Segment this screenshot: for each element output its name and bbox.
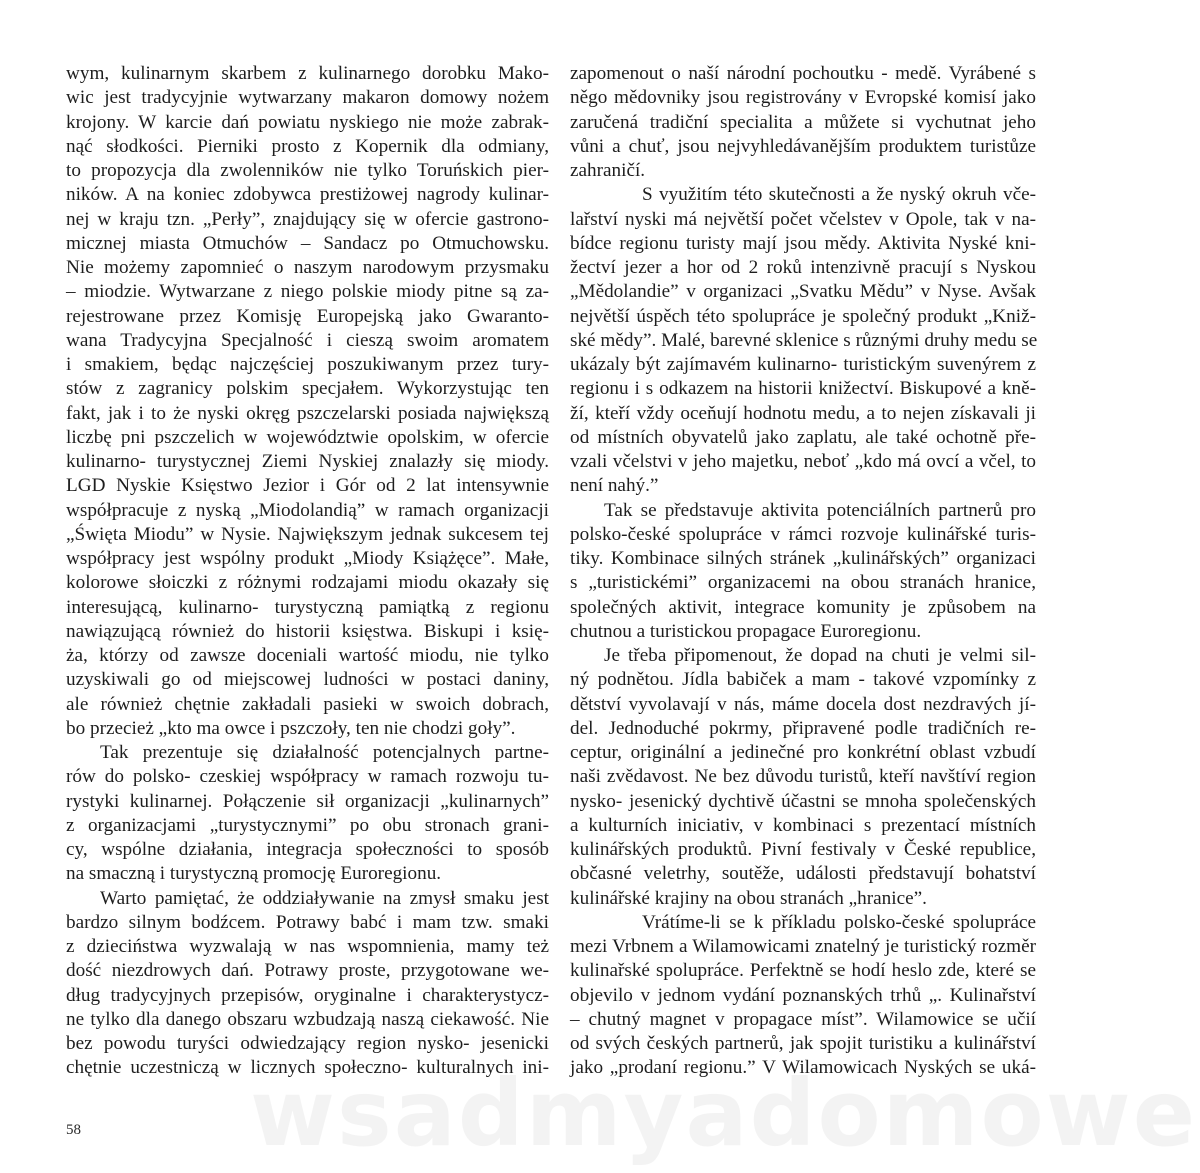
text-line: rów do polsko- czeskiej współpracy w ram… bbox=[66, 765, 549, 789]
text-line: Vrátíme-li se k příkladu polsko-české sp… bbox=[570, 911, 1036, 935]
text-line: společných aktivit, integrace komunity j… bbox=[570, 596, 1036, 620]
text-line: LGD Nyskie Księstwo Jezior i Gór od 2 la… bbox=[66, 474, 549, 498]
text-line: stów z zagranicy polskim specjałem. Wyko… bbox=[66, 377, 549, 401]
text-line: naši zvědavost. Ne bez důvodu turistů, k… bbox=[570, 765, 1036, 789]
text-line: Nie możemy zapomnieć o naszym narodowym … bbox=[66, 256, 549, 280]
text-line: wana Tradycyjna Specjalność i cieszą swo… bbox=[66, 329, 549, 353]
text-line: „Mědolandie” v organizaci „Svatku Mědu” … bbox=[570, 280, 1036, 304]
text-line: z organizacjami „turystycznymi” po obu s… bbox=[66, 814, 549, 838]
text-line: kulinářské krajiny na obou stranách „hra… bbox=[570, 887, 1036, 911]
text-line: největší úspěch této spolupráce je spole… bbox=[570, 305, 1036, 329]
text-line: zahraničí. bbox=[570, 159, 1036, 183]
text-line: dług tradycyjnych przepisów, oryginalne … bbox=[66, 984, 549, 1008]
text-line: ża, którzy od zawsze doceniali wartość m… bbox=[66, 644, 549, 668]
text-line: zaručená tradiční specialita a můžete si… bbox=[570, 111, 1036, 135]
text-line: Warto pamiętać, że oddziaływanie na zmys… bbox=[66, 887, 549, 911]
left-column-polish-text: wym, kulinarnym skarbem z kulinarnego do… bbox=[66, 62, 549, 1081]
text-line: ników. A na koniec zdobywca prestiżowej … bbox=[66, 183, 549, 207]
text-line: regionu i s odkazem na historii knižectv… bbox=[570, 377, 1036, 401]
text-line: i smakiem, będąc najczęściej poszukiwany… bbox=[66, 353, 549, 377]
text-line: od svých českých partnerů, jak spojit tu… bbox=[570, 1032, 1036, 1056]
text-line: bez powodu turyści odwiedzający region n… bbox=[66, 1032, 549, 1056]
text-line: nawiązującą również do historii księstwa… bbox=[66, 620, 549, 644]
text-line: nąć słodkości. Pierniki prosto z Koperni… bbox=[66, 135, 549, 159]
text-line: to propozycja dla zwolenników nie tylko … bbox=[66, 159, 549, 183]
text-line: nej w kraju tzn. „Perły”, znajdujący się… bbox=[66, 208, 549, 232]
text-line: rejestrowane przez Komisję Europejską ja… bbox=[66, 305, 549, 329]
text-line: współpracuje z nyską „Miodolandią” w ram… bbox=[66, 499, 549, 523]
text-line: rystyki kulinarnej. Połączenie sił organ… bbox=[66, 790, 549, 814]
text-line: na smaczną i turystyczną promocję Eurore… bbox=[66, 862, 549, 886]
text-line: uzyskiwali go od miejscowej ludności w p… bbox=[66, 668, 549, 692]
text-line: wic jest tradycyjnie wytwarzany makaron … bbox=[66, 86, 549, 110]
text-line: bídce regionu turisty mají jsou mědy. Ak… bbox=[570, 232, 1036, 256]
text-line: Tak se představuje aktivita potenciálníc… bbox=[570, 499, 1036, 523]
text-line: – miodzie. Wytwarzane z niego polskie mi… bbox=[66, 280, 549, 304]
text-line: objevilo v jednom vydání poznanských trh… bbox=[570, 984, 1036, 1008]
text-line: kolorowe słoiczki z różnymi rodzajami mi… bbox=[66, 571, 549, 595]
text-line: „Święta Miodu” w Nysie. Największym jedn… bbox=[66, 523, 549, 547]
text-line: – chutný magnet v propagace míst”. Wilam… bbox=[570, 1008, 1036, 1032]
text-line: mezi Vrbnem a Wilamowicami znatelný je t… bbox=[570, 935, 1036, 959]
text-line: bardzo silnym bodźcem. Potrawy babć i ma… bbox=[66, 911, 549, 935]
text-line: del. Jednoduché pokrmy, připravené podle… bbox=[570, 717, 1036, 741]
text-line: fakt, jak i to że nyski okręg pszczelars… bbox=[66, 402, 549, 426]
text-line: dość niezdrowych dań. Potrawy proste, pr… bbox=[66, 959, 549, 983]
text-line: ukázaly být zajímavém kulinarno- turisti… bbox=[570, 353, 1036, 377]
page-number: 58 bbox=[66, 1122, 81, 1139]
right-column-czech-text: zapomenout o naší národní pochoutku - me… bbox=[570, 62, 1036, 1081]
document-page: wsadmyadomowe.pl wym, kulinarnym skarbem… bbox=[0, 0, 1200, 1173]
text-line: není nahý.” bbox=[570, 474, 1036, 498]
text-line: liczbę pni pszczelich w województwie opo… bbox=[66, 426, 549, 450]
text-line: S využitím této skutečnosti a že nyský o… bbox=[570, 183, 1036, 207]
text-line: ží, kteří vždy oceňují hodnotu medu, a t… bbox=[570, 402, 1036, 426]
text-line: ceptur, originální a jedinečné pro konkr… bbox=[570, 741, 1036, 765]
text-line: interesującą, kulinarno- turystyczną pam… bbox=[66, 596, 549, 620]
text-line: něgo mědovniky jsou registrovány v Evrop… bbox=[570, 86, 1036, 110]
text-line: współpracy jest wspólny produkt „Miody K… bbox=[66, 547, 549, 571]
text-line: vůni a chuť, jsou nejvyhledávanějším pro… bbox=[570, 135, 1036, 159]
text-line: krojony. W karcie dań powiatu nyskiego n… bbox=[66, 111, 549, 135]
text-line: polsko-české spolupráce v rámci rozvoje … bbox=[570, 523, 1036, 547]
text-line: kulinářských produktů. Pivní festivaly v… bbox=[570, 838, 1036, 862]
text-line: wym, kulinarnym skarbem z kulinarnego do… bbox=[66, 62, 549, 86]
text-line: ale również chętnie zakładali pasieki w … bbox=[66, 693, 549, 717]
text-line: Je třeba připomenout, že dopad na chuti … bbox=[570, 644, 1036, 668]
text-line: žectví jezer a hor od 2 roků intenzivně … bbox=[570, 256, 1036, 280]
text-line: nysko- jesenický dychtivě účastni se mno… bbox=[570, 790, 1036, 814]
text-line: jako „prodaní regionu.” V Wilamowicach N… bbox=[570, 1056, 1036, 1080]
text-line: zapomenout o naší národní pochoutku - me… bbox=[570, 62, 1036, 86]
text-line: Tak prezentuje się działalność potencjal… bbox=[66, 741, 549, 765]
text-line: s „turistickémi” organizacemi na obou st… bbox=[570, 571, 1036, 595]
text-line: občasné veletrhy, soutěže, události před… bbox=[570, 862, 1036, 886]
text-line: chętnie uczestniczą w licznych społeczno… bbox=[66, 1056, 549, 1080]
text-line: tiky. Kombinace silných stránek „kulinář… bbox=[570, 547, 1036, 571]
text-line: od místních obyvatelů jako zaplatu, ale … bbox=[570, 426, 1036, 450]
text-line: vzali včelstvi v jeho majetku, neboť „kd… bbox=[570, 450, 1036, 474]
text-line: kulinarno- turystycznej Ziemi Nyskiej zn… bbox=[66, 450, 549, 474]
text-line: a kulturních iniciativ, v kombinaci s pr… bbox=[570, 814, 1036, 838]
text-line: chutnou a turistickou propagace Euroregi… bbox=[570, 620, 1036, 644]
text-line: dětství vyvolavají v nás, máme docela do… bbox=[570, 693, 1036, 717]
text-line: cy, wspólne działania, integracja społec… bbox=[66, 838, 549, 862]
text-line: micznej miasta Otmuchów – Sandacz po Otm… bbox=[66, 232, 549, 256]
text-line: bo przecież „kto ma owce i pszczoły, ten… bbox=[66, 717, 549, 741]
text-line: ný podnětou. Jídla babiček a mam - takov… bbox=[570, 668, 1036, 692]
text-line: ne tylko dla danego obszaru wzbudzają na… bbox=[66, 1008, 549, 1032]
text-line: lařství nyski má největší počet včelstev… bbox=[570, 208, 1036, 232]
text-line: kulinařské spolupráce. Perfektně se hodí… bbox=[570, 959, 1036, 983]
text-line: ské mědy”. Malé, barevné sklenice s různ… bbox=[570, 329, 1036, 353]
text-line: z dzieciństwa wyzwalają w nas wspomnieni… bbox=[66, 935, 549, 959]
